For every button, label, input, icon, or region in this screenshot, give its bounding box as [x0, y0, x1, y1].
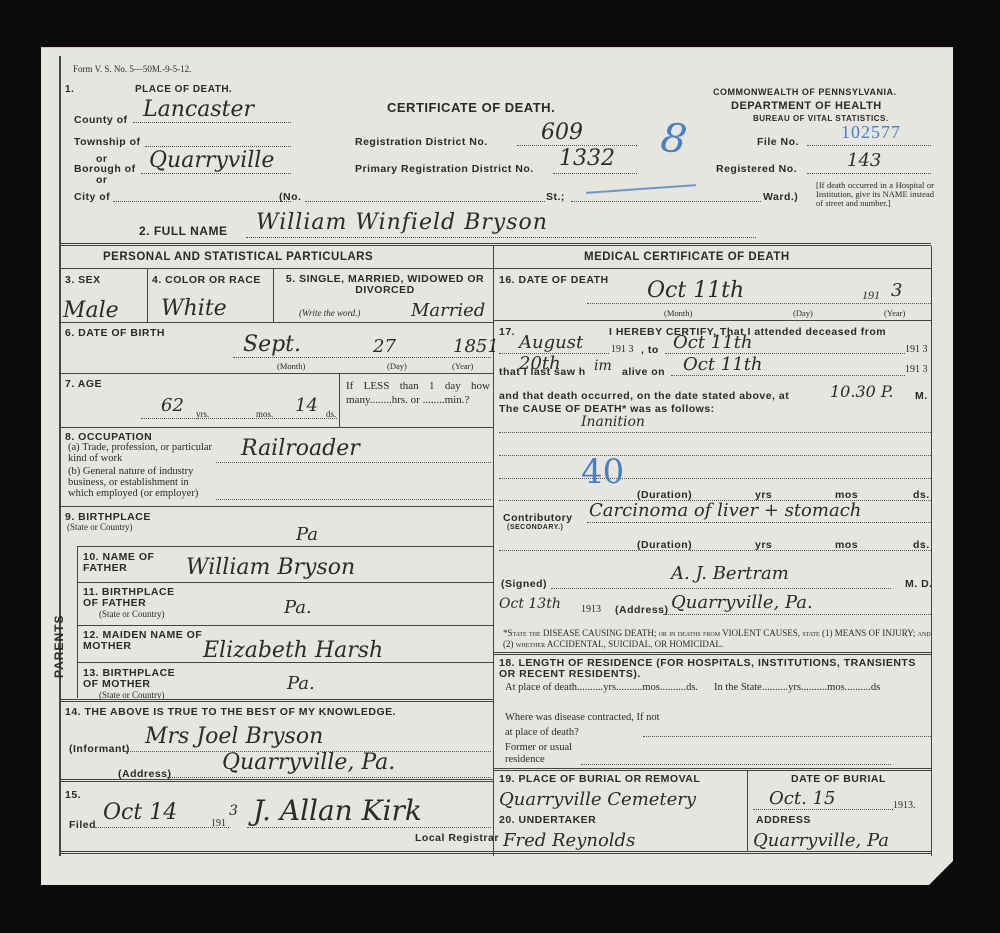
right-border — [931, 246, 932, 856]
race-marital-divider — [273, 268, 274, 322]
signed-value: A. J. Bertram — [671, 563, 789, 584]
file-number-label: File No. — [757, 136, 799, 148]
filed-label: Filed — [69, 819, 96, 831]
informant-value: Mrs Joel Bryson — [145, 724, 323, 749]
occupation-b-field — [216, 499, 491, 500]
dob-year: 1851 — [453, 336, 499, 357]
parents-label: PARENTS — [52, 615, 66, 678]
full-name-label: 2. FULL NAME — [139, 224, 227, 238]
burial-date-value: Oct. 15 — [769, 788, 835, 809]
authority-line1: COMMONWEALTH OF PENNSYLVANIA. — [713, 87, 897, 97]
dob-day: 27 — [373, 336, 396, 357]
cause-line-2 — [499, 455, 931, 456]
occupation-a-value: Railroader — [241, 436, 360, 461]
birthplace-value: Pa — [296, 524, 318, 545]
burial-divider — [747, 771, 748, 851]
registration-district-field: 609 — [517, 126, 637, 146]
former-residence-label: Former or usual residence — [505, 742, 585, 766]
section-1-number: 1. — [65, 84, 74, 95]
age-years: 62 — [161, 395, 184, 416]
primary-district-label: Primary Registration District No. — [355, 163, 534, 175]
filed-date: Oct 14 — [103, 800, 177, 825]
age-label: 7. AGE — [65, 378, 102, 390]
township-label: Township of — [74, 136, 141, 148]
registrar-label: Local Registrar — [415, 832, 499, 844]
occupation-a-label: (a) Trade, profession, or particular kin… — [68, 442, 216, 464]
form-number: Form V. S. No. 5—50M.-9-5-12. — [73, 64, 191, 74]
folded-corner — [927, 859, 955, 887]
time-value: 10.30 P. — [830, 382, 894, 401]
father-birthplace-value: Pa. — [284, 597, 312, 618]
age-field — [141, 418, 337, 419]
primary-district-value: 1332 — [559, 146, 615, 171]
mother-birthplace-label: 13. BIRTHPLACE OF MOTHER — [83, 668, 178, 690]
last-saw-year: 191 3 — [905, 364, 928, 375]
line-13 — [77, 662, 493, 663]
informant-header: 14. THE ABOVE IS TRUE TO THE BEST OF MY … — [65, 706, 396, 718]
med-line-17 — [493, 320, 931, 321]
dob-year-caption: (Year) — [452, 361, 473, 371]
line-9 — [59, 506, 493, 507]
signed-date: Oct 13th — [499, 596, 561, 612]
cause-line-1 — [499, 432, 931, 433]
filed-date-field: Oct 14 — [95, 810, 229, 828]
birthplace-sub: (State or Country) — [67, 522, 133, 532]
informant-field: Mrs Joel Bryson — [125, 732, 491, 752]
registrar-field: J. Allan Kirk — [247, 810, 491, 828]
death-certificate: Form V. S. No. 5—50M.-9-5-12. 1. PLACE O… — [41, 47, 953, 885]
signed-address-field: Quarryville, Pa. — [663, 598, 931, 615]
race-label: 4. COLOR OR RACE — [152, 274, 261, 286]
place-of-death-label: PLACE OF DEATH. — [135, 84, 232, 95]
line-7 — [59, 373, 493, 374]
contracted-label: Where was disease contracted, If not at … — [505, 710, 665, 740]
dob-month-caption: (Month) — [277, 361, 305, 371]
registration-district-value: 609 — [541, 120, 583, 145]
residence-label: 18. LENGTH OF RESIDENCE (FOR HOSPITALS, … — [499, 658, 929, 680]
contracted-field — [643, 736, 931, 737]
dod-field: Oct 11th 191 3 — [587, 286, 931, 304]
parents-divider — [77, 546, 78, 698]
registered-number-value: 143 — [847, 150, 881, 171]
burial-date-field: Oct. 15 — [753, 796, 893, 810]
contributory-value: Carcinoma of liver + stomach — [589, 500, 861, 521]
contributory-sub: (SECONDARY.) — [507, 524, 563, 531]
line-12 — [77, 625, 493, 626]
occupation-b-label: (b) General nature of industry business,… — [68, 466, 216, 499]
sex-race-divider — [147, 268, 148, 322]
attended-to-year: 191 3 — [905, 344, 928, 355]
attended-to-field: Oct 11th — [665, 338, 905, 354]
informant-label: (Informant) — [69, 743, 130, 755]
undertaker-value: Fred Reynolds — [503, 830, 635, 851]
city-label: City of — [74, 191, 110, 203]
line-6 — [59, 322, 493, 323]
informant-address-field: Quarryville, Pa. — [167, 760, 491, 778]
street-field — [305, 190, 545, 202]
dod-year-suffix: 3 — [891, 280, 902, 301]
attended-from-field: August 20th — [499, 338, 609, 354]
marital-label: 5. SINGLE, MARRIED, WIDOWED OR DIVORCED — [278, 274, 492, 296]
certify-number: 17. — [499, 326, 515, 338]
line-10 — [77, 546, 493, 547]
hospital-note: [If death occurred in a Hospital or Inst… — [816, 181, 934, 208]
occupation-a-field — [216, 462, 491, 463]
street-label: St.; — [546, 191, 565, 203]
attended-to: Oct 11th — [673, 332, 753, 353]
med-line-16 — [493, 268, 931, 269]
mother-name-value: Elizabeth Harsh — [203, 638, 383, 663]
filed-number: 15. — [65, 789, 81, 801]
full-name-field: William Winfield Bryson — [246, 214, 756, 238]
father-birthplace-label: 11. BIRTHPLACE OF FATHER — [83, 587, 178, 609]
marital-hint: (Write the word.) — [299, 308, 360, 318]
cause-value: Inanition — [581, 414, 645, 430]
county-value: Lancaster — [143, 97, 254, 122]
contributory-line — [587, 522, 931, 523]
filed-year-prefix: 191 — [211, 818, 226, 829]
primary-district-annotation: 8 — [658, 114, 690, 163]
dod-year-prefix: 191 — [862, 288, 880, 303]
last-saw-field: Oct 11th — [671, 360, 905, 376]
footnote: *State the DISEASE CAUSING DEATH; or in … — [503, 628, 931, 650]
dod-month-day: Oct 11th — [647, 278, 744, 303]
or-label-2: or — [96, 174, 108, 186]
in-state-label: In the State..........yrs..........mos..… — [714, 682, 931, 694]
signed-address-value: Quarryville, Pa. — [671, 592, 813, 613]
registration-district-label: Registration District No. — [355, 136, 488, 148]
signed-year: 1913 — [581, 604, 601, 615]
file-number-field: 102577 — [807, 126, 931, 146]
less-than-day-note: If LESS than 1 day how many........hrs. … — [346, 379, 490, 407]
full-name-value: William Winfield Bryson — [256, 210, 548, 235]
dod-label: 16. DATE OF DEATH — [499, 274, 609, 286]
sex-label: 3. SEX — [65, 274, 101, 286]
filed-year-suffix: 3 — [229, 803, 238, 819]
burial-date-label: DATE OF BURIAL — [791, 773, 886, 785]
primary-district-field: 1332 — [553, 152, 637, 174]
authority-line2: DEPARTMENT OF HEALTH — [731, 100, 882, 112]
mother-name-label: 12. MAIDEN NAME OF MOTHER — [83, 630, 203, 652]
father-name-label: 10. NAME OF FATHER — [83, 552, 178, 574]
dod-month-caption: (Month) — [664, 308, 692, 318]
county-field: Lancaster — [133, 103, 291, 123]
file-number-value: 102577 — [841, 122, 901, 143]
line-3 — [59, 268, 493, 269]
divider-top — [59, 243, 931, 246]
contributory-label: Contributory — [503, 512, 573, 524]
left-border — [59, 56, 61, 856]
occurred-text: and that death occurred, on the date sta… — [499, 390, 789, 402]
medical-header: MEDICAL CERTIFICATE OF DEATH — [584, 251, 790, 263]
dod-year-caption: (Year) — [884, 308, 905, 318]
line-11 — [77, 582, 493, 583]
dob-month: Sept. — [243, 332, 301, 357]
undertaker-label: 20. UNDERTAKER — [499, 814, 596, 826]
former-residence-field — [581, 764, 891, 765]
ward-field — [571, 190, 761, 202]
bottom-rule — [59, 851, 931, 854]
personal-header: PERSONAL AND STATISTICAL PARTICULARS — [103, 251, 373, 263]
registered-number-field: 143 — [807, 152, 931, 174]
age-days: 14 — [295, 395, 318, 416]
signed-label: (Signed) — [501, 578, 547, 590]
burial-label: 19. PLACE OF BURIAL OR REMOVAL — [499, 773, 700, 785]
city-field — [113, 190, 291, 202]
sex-value: Male — [63, 298, 119, 323]
cause-code: 40 — [581, 452, 624, 492]
dod-day-caption: (Day) — [793, 308, 813, 318]
undertaker-address-value: Quarryville, Pa — [753, 830, 889, 851]
attended-from-year: 191 3 — [611, 344, 634, 355]
line-8 — [59, 427, 493, 428]
ward-label: Ward.) — [763, 191, 798, 203]
county-label: County of — [74, 114, 128, 126]
line-14 — [59, 699, 493, 702]
age-divider — [339, 373, 340, 427]
dob-label: 6. DATE OF BIRTH — [65, 327, 165, 339]
cause-line-3 — [499, 478, 931, 479]
to-label: , to — [641, 344, 659, 356]
mother-birthplace-value: Pa. — [287, 673, 315, 694]
dob-field: Sept. 27 1851 — [233, 338, 491, 358]
father-name-value: William Bryson — [186, 555, 355, 580]
burial-year: 1913. — [893, 800, 916, 811]
registered-number-label: Registered No. — [716, 163, 797, 175]
certificate-title: CERTIFICATE OF DEATH. — [387, 100, 555, 115]
line-15 — [59, 779, 493, 782]
med-line-19 — [493, 768, 931, 771]
borough-value: Quarryville — [149, 148, 274, 173]
alive-on-label: alive on — [622, 366, 665, 378]
duration-line-2 — [499, 550, 931, 551]
street-number-label: (No. — [279, 191, 301, 203]
signed-address-label: (Address) — [615, 604, 669, 616]
time-suffix: M. — [915, 390, 928, 402]
med-line-18 — [493, 652, 931, 655]
marital-value: Married — [411, 300, 485, 321]
at-place-label: At place of death..........yrs..........… — [505, 682, 715, 694]
undertaker-address-label: ADDRESS — [756, 814, 811, 826]
dob-day-caption: (Day) — [387, 361, 407, 371]
md-label: M. D. — [905, 578, 933, 590]
informant-address-value: Quarryville, Pa. — [222, 750, 395, 775]
borough-field: Quarryville — [141, 152, 291, 174]
father-birthplace-sub: (State or Country) — [99, 609, 165, 619]
township-field — [145, 135, 291, 147]
last-saw-date: Oct 11th — [683, 354, 763, 375]
last-saw-pronoun: im — [594, 358, 612, 374]
registrar-signature: J. Allan Kirk — [253, 794, 422, 827]
race-value: White — [161, 296, 227, 321]
signed-field: A. J. Bertram — [551, 571, 891, 589]
last-saw-prefix: that I last saw h — [499, 366, 586, 378]
burial-value: Quarryville Cemetery — [499, 789, 696, 810]
